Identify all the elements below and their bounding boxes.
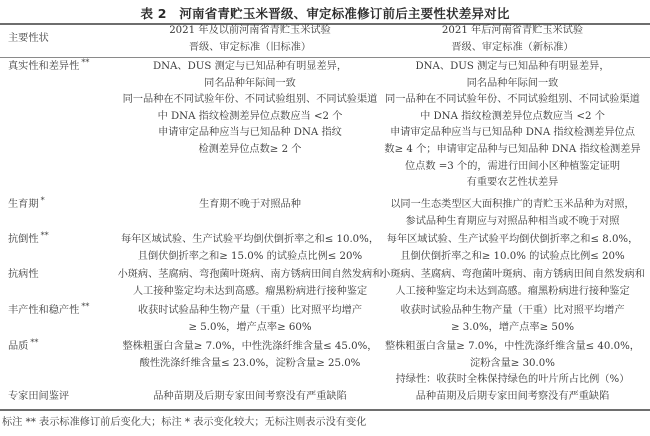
row-old-standard: DNA、DUS 测定与已知品种有明显差异， 同名品种年际间一致 同一品种在不同试… [115, 59, 385, 159]
row-old-standard: 小斑病、茎腐病、弯孢菌叶斑病、南方锈病田间自然发病和 人工接种鉴定均未达到高感。… [115, 267, 385, 300]
old-line: 同一品种在不同试验年份、不同试验组别、不同试验渠道 [115, 92, 385, 109]
row-old-standard: 每年区域试验、生产试验平均倒伏倒折率之和≤ 10.0%， 且倒伏倒折率之和≥ 1… [115, 232, 385, 265]
old-line: 每年区域试验、生产试验平均倒伏倒折率之和≤ 10.0%， [115, 232, 385, 249]
header-new-line: 晋级、审定标准（新标准） [380, 40, 645, 57]
row-new-standard: 小斑病、茎腐病、弯孢菌叶斑病、南方锈病田间自然发病和 人工接种鉴定均未达到高感。… [380, 267, 645, 300]
header-col-old: 2021 年及以前河南省青贮玉米试验 晋级、审定标准（旧标准） [115, 23, 385, 56]
new-line: 有重要农艺性状差异 [380, 175, 645, 192]
old-line: 小斑病、茎腐病、弯孢菌叶斑病、南方锈病田间自然发病和 [115, 267, 385, 284]
row-old-standard: 收获时试验品种生物产量（干重）比对照平均增产 ≥ 5.0%，增产点率≥ 60% [115, 303, 385, 336]
new-line: 申请审定品种应当与已知品种 DNA 指纹检测差异位点 [380, 125, 645, 142]
row-trait: 丰产性和稳产性** [8, 303, 89, 320]
trait-label: 抗倒性 [8, 234, 39, 245]
change-mark: ** [30, 338, 38, 347]
old-line: 申请审定品种应当与已知品种 DNA 指纹 [115, 125, 385, 142]
new-line: 品种苗期及后期专家田间考察没有严重缺陷 [380, 389, 645, 406]
trait-label: 生育期 [8, 199, 39, 210]
old-line: 且倒伏倒折率之和≥ 15.0% 的试验点比例≤ 20% [115, 249, 385, 266]
old-line: DNA、DUS 测定与已知品种有明显差异， [115, 59, 385, 76]
trait-label: 抗病性 [8, 269, 39, 280]
row-trait: 真实性和差异性** [8, 59, 89, 76]
header-col-new: 2021 年后河南省青贮玉米试验 晋级、审定标准（新标准） [380, 23, 645, 56]
old-line: 同名品种年际间一致 [115, 76, 385, 93]
table-footnote: 标注 ** 表示标准修订前后变化大；标注 * 表示变化较大；无标注则表示没有变化 [2, 413, 366, 428]
row-new-standard: DNA、DUS 测定与已知品种有明显差异， 同名品种年际间一致 同一品种在不同试… [380, 59, 645, 192]
old-line: 酸性洗涤纤维含量≤ 23.0%，淀粉含量≥ 25.0% [115, 356, 385, 373]
header-new-line: 2021 年后河南省青贮玉米试验 [380, 23, 645, 40]
new-line: 且倒伏倒折率之和≥ 10.0% 的试验点比例≤ 20% [380, 249, 645, 266]
new-line: ≥ 3.0%，增产点率≥ 50% [380, 320, 645, 337]
header-col-trait: 主要性状 [8, 31, 49, 48]
new-line: 每年区域试验、生产试验平均倒伏倒折率之和≤ 8.0%， [380, 232, 645, 249]
new-line: 中 DNA 指纹检测差异位点数应当 <2 个 [380, 109, 645, 126]
row-old-standard: 整株粗蛋白含量≥ 7.0%，中性洗涤纤维含量≤ 45.0%， 酸性洗涤纤维含量≤… [115, 339, 385, 372]
new-line: 小斑病、茎腐病、弯孢菌叶斑病、南方锈病田间自然发病和 [380, 267, 645, 284]
new-line: 参试品种生育期应与对照品种相当或不晚于对照 [380, 214, 645, 231]
row-new-standard: 每年区域试验、生产试验平均倒伏倒折率之和≤ 8.0%， 且倒伏倒折率之和≥ 10… [380, 232, 645, 265]
row-trait: 品质** [8, 339, 38, 356]
old-line: 人工接种鉴定均未达到高感。瘤黑粉病进行接种鉴定 [115, 284, 385, 301]
new-line: 数≥ 4 个；申请审定品种与已知品种 DNA 指纹检测差异 [380, 142, 645, 159]
trait-label: 丰产性和稳产性 [8, 305, 79, 316]
change-mark: * [41, 196, 45, 205]
trait-label: 品质 [8, 341, 28, 352]
header-rule [0, 57, 650, 58]
row-trait: 生育期* [8, 197, 45, 214]
trait-label: 专家田间鉴评 [8, 391, 69, 402]
row-old-standard: 生育期不晚于对照品种 [115, 197, 385, 214]
header-old-line: 2021 年及以前河南省青贮玉米试验 [115, 23, 385, 40]
row-new-standard: 品种苗期及后期专家田间考察没有严重缺陷 [380, 389, 645, 406]
row-trait: 抗病性 [8, 267, 41, 284]
new-line: DNA、DUS 测定与已知品种有明显差异， [380, 59, 645, 76]
new-line: 位点数 =3 个的，需进行田间小区种植鉴定证明 [380, 159, 645, 176]
table-caption: 表 2 河南省青贮玉米晋级、审定标准修订前后主要性状差异对比 [0, 4, 650, 22]
row-new-standard: 收获时试验品种生物产量（干重）比对照平均增产 ≥ 3.0%，增产点率≥ 50% [380, 303, 645, 336]
new-line: 同一品种在不同试验年份、不同试验组别、不同试验渠道 [380, 92, 645, 109]
old-line: 检测差异位点数≥ 2 个 [115, 142, 385, 159]
row-trait: 专家田间鉴评 [8, 389, 71, 406]
new-line: 持绿性：收获时全株保持绿色的叶片所占比例（%） [380, 372, 645, 389]
new-line: 淀粉含量≥ 30.0% [380, 356, 645, 373]
old-line: 中 DNA 指纹检测差异位点数应当 <2 个 [115, 109, 385, 126]
bottom-rule [0, 409, 650, 411]
old-line: 收获时试验品种生物产量（干重）比对照平均增产 [115, 303, 385, 320]
old-line: ≥ 5.0%，增产点率≥ 60% [115, 320, 385, 337]
header-old-line: 晋级、审定标准（旧标准） [115, 40, 385, 57]
row-old-standard: 品种苗期及后期专家田间考察没有严重缺陷 [115, 389, 385, 406]
trait-label: 真实性和差异性 [8, 61, 79, 72]
change-mark: ** [81, 302, 89, 311]
new-line: 人工接种鉴定均未达到高感。瘤黑粉病进行接种鉴定 [380, 284, 645, 301]
new-line: 以同一生态类型区大面积推广的青贮玉米品种为对照， [380, 197, 645, 214]
new-line: 同名品种年际间一致 [380, 76, 645, 93]
change-mark: ** [81, 58, 89, 67]
old-line: 生育期不晚于对照品种 [115, 197, 385, 214]
change-mark: ** [41, 231, 49, 240]
row-new-standard: 整株粗蛋白含量≥ 7.0%，中性洗涤纤维含量≤ 40.0%， 淀粉含量≥ 30.… [380, 339, 645, 389]
old-line: 整株粗蛋白含量≥ 7.0%，中性洗涤纤维含量≤ 45.0%， [115, 339, 385, 356]
new-line: 收获时试验品种生物产量（干重）比对照平均增产 [380, 303, 645, 320]
row-new-standard: 以同一生态类型区大面积推广的青贮玉米品种为对照， 参试品种生育期应与对照品种相当… [380, 197, 645, 230]
row-trait: 抗倒性** [8, 232, 49, 249]
new-line: 整株粗蛋白含量≥ 7.0%，中性洗涤纤维含量≤ 40.0%， [380, 339, 645, 356]
old-line: 品种苗期及后期专家田间考察没有严重缺陷 [115, 389, 385, 406]
